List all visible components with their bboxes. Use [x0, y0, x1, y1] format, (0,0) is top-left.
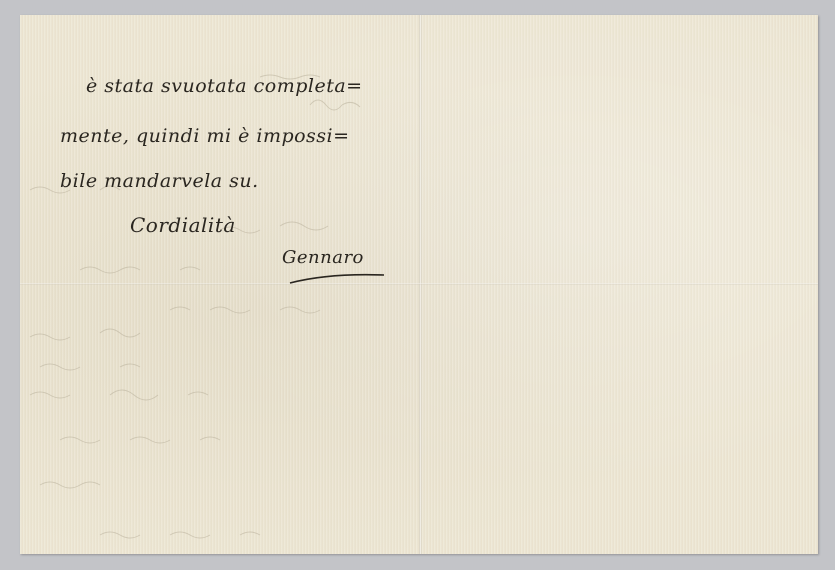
letter-signature: Gennaro	[282, 247, 364, 268]
letter-sheet: è stata svuotata completa= mente, quindi…	[20, 15, 818, 554]
letter-line-1: è stata svuotata completa=	[86, 75, 363, 97]
letter-line-2: mente, quindi mi è impossi=	[60, 125, 350, 147]
letter-line-3: bile mandarvela su.	[60, 170, 259, 192]
signature-flourish-icon	[288, 271, 388, 285]
horizontal-fold	[20, 283, 818, 285]
letter-closing: Cordialità	[130, 213, 236, 237]
